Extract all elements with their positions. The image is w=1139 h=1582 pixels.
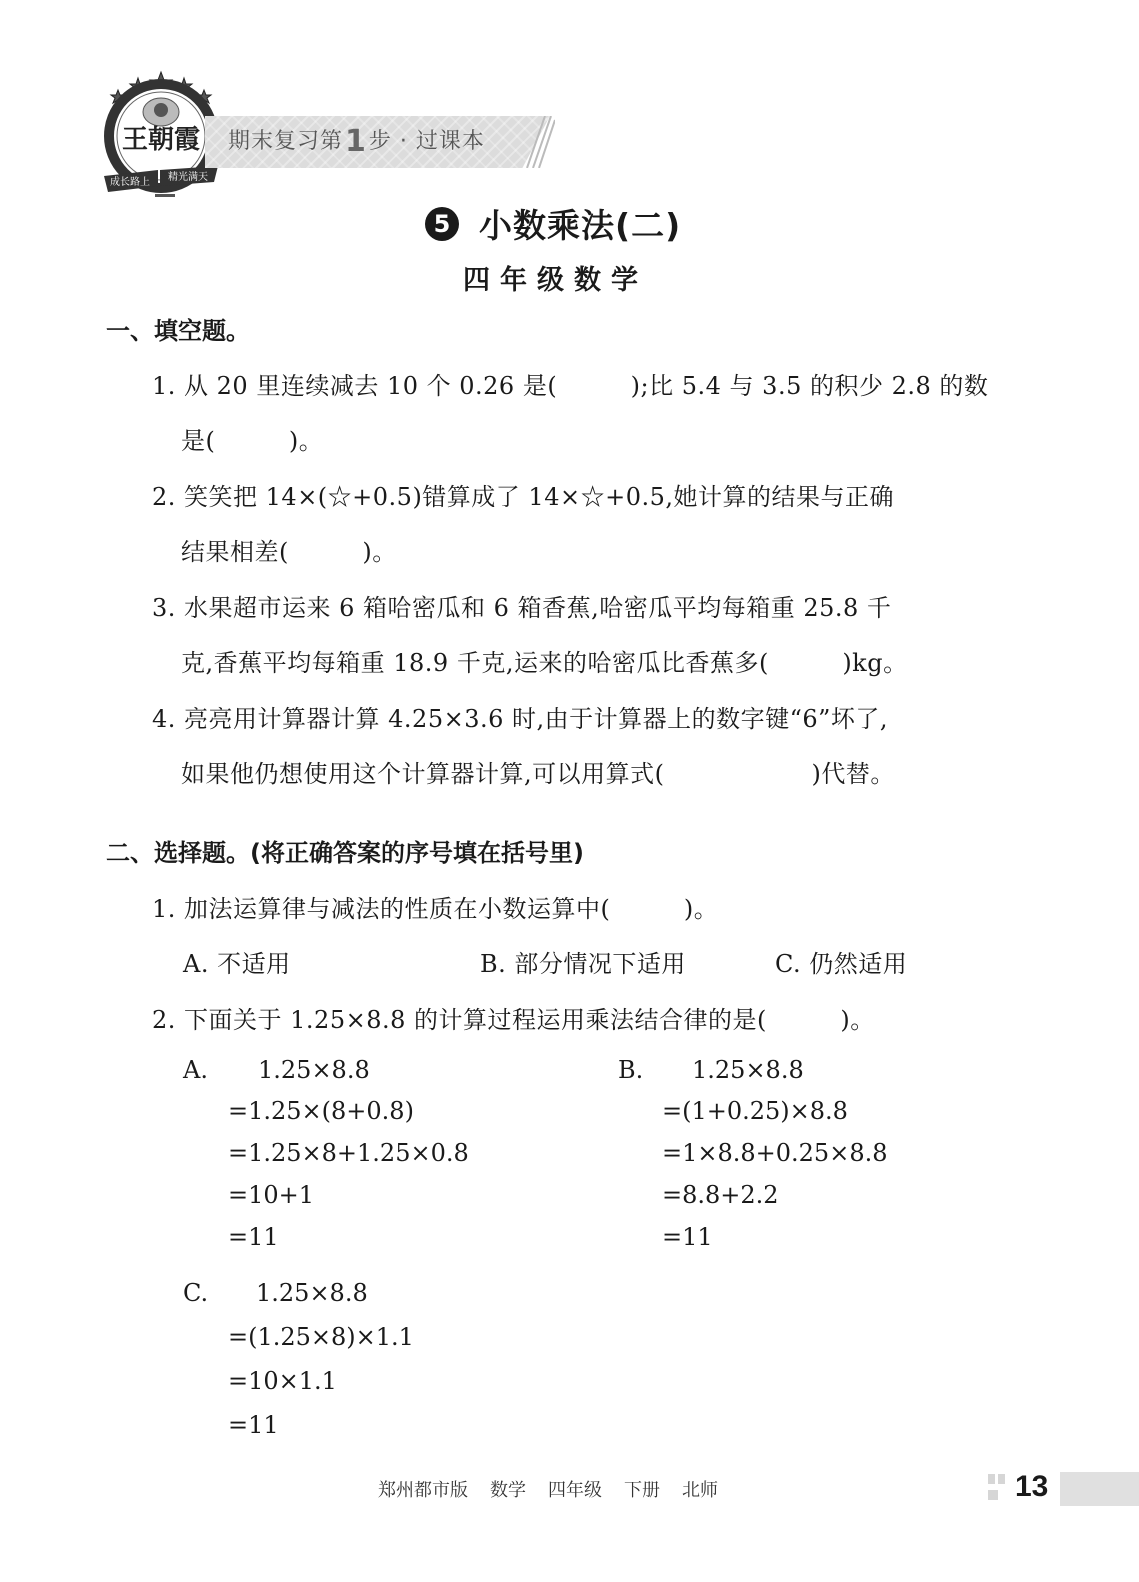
svg-text:成长路上: 成长路上 [110, 175, 150, 188]
brand-emblem-icon: 王朝霞 成长路上 精光满天 [100, 70, 222, 200]
svg-text:王朝霞: 王朝霞 [122, 125, 200, 155]
question-line: 3. 水果超市运来 6 箱哈密瓜和 6 箱香蕉,哈密瓜平均每箱重 25.8 千 [152, 588, 891, 623]
question-stem: 1. 加法运算律与减法的性质在小数运算中( )。 [152, 889, 718, 924]
question-stem: 2. 下面关于 1.25×8.8 的计算过程运用乘法结合律的是( )。 [152, 1000, 875, 1035]
calc-step: =11 [228, 1411, 279, 1439]
calc-expression: 1.25×8.8 [258, 1056, 370, 1084]
footer-subject: 数学 [490, 1480, 526, 1501]
question-line: 4. 亮亮用计算器计算 4.25×3.6 时,由于计算器上的数字键“6”坏了, [152, 699, 888, 734]
calc-option-a-label: A. [183, 1056, 208, 1084]
calc-step: =11 [228, 1223, 279, 1251]
question-line: 1. 从 20 里连续减去 10 个 0.26 是( );比 5.4 与 3.5… [152, 366, 988, 401]
footer-publisher: 北师 [682, 1480, 718, 1501]
calc-step: =8.8+2.2 [662, 1181, 779, 1209]
page-decor-square [988, 1474, 995, 1484]
choice-option-a: A. 不适用 [183, 944, 291, 979]
choice-option-b: B. 部分情况下适用 [480, 944, 686, 979]
calc-step: =1.25×(8+0.8) [228, 1097, 414, 1125]
calc-step: =11 [662, 1223, 713, 1251]
section-heading-multiple-choice: 二、选择题。(将正确答案的序号填在括号里) [106, 833, 584, 868]
page-number-bar [1060, 1472, 1139, 1506]
footer-volume: 下册 [624, 1480, 660, 1501]
calc-step: =1×8.8+0.25×8.8 [662, 1139, 887, 1167]
footer-edition: 郑州都市版 [378, 1480, 468, 1501]
calc-step: =1.25×8+1.25×0.8 [228, 1139, 469, 1167]
section-heading-fill-blank: 一、填空题。 [106, 311, 250, 346]
banner-step-number: 1 [345, 124, 367, 159]
brand-logo: 王朝霞 成长路上 精光满天 [100, 70, 222, 200]
page-decor-square [998, 1474, 1005, 1484]
review-step-label: 期末复习第1步 · 过课本 [228, 124, 485, 159]
question-line: 结果相差( )。 [181, 532, 397, 567]
unit-number-badge: 5 [425, 207, 459, 241]
calc-step: =(1+0.25)×8.8 [662, 1097, 848, 1125]
question-line: 克,香蕉平均每箱重 18.9 千克,运来的哈密瓜比香蕉多( )kg。 [181, 643, 908, 678]
page-number: 13 [1015, 1470, 1048, 1504]
banner-prefix: 期末复习第 [228, 129, 343, 154]
calc-step: =10×1.1 [228, 1367, 337, 1395]
svg-text:精光满天: 精光满天 [168, 170, 208, 183]
calc-step: =10+1 [228, 1181, 314, 1209]
banner-suffix: 步 · 过课本 [369, 129, 485, 154]
footer-edition-info: 郑州都市版数学四年级下册北师 [378, 1476, 740, 1502]
calc-expression: 1.25×8.8 [692, 1056, 804, 1084]
unit-title: 小数乘法(二) [479, 200, 681, 247]
calc-expression: 1.25×8.8 [256, 1279, 368, 1307]
calc-step: =(1.25×8)×1.1 [228, 1323, 414, 1351]
question-line: 如果他仍想使用这个计算器计算,可以用算式( )代替。 [181, 754, 895, 789]
grade-subject-subtitle: 四年级数学 [463, 258, 648, 297]
page-decor-square [988, 1490, 998, 1500]
banner-stripes-icon [505, 116, 555, 168]
unit-title-row: 5 小数乘法(二) [425, 200, 681, 247]
calc-option-b-label: B. [618, 1056, 643, 1084]
footer-grade: 四年级 [548, 1480, 602, 1501]
question-line: 2. 笑笑把 14×(☆+0.5)错算成了 14×☆+0.5,她计算的结果与正确 [152, 477, 894, 512]
calc-option-c-label: C. [183, 1279, 208, 1307]
question-line: 是( )。 [181, 421, 323, 456]
choice-option-c: C. 仍然适用 [775, 944, 907, 979]
